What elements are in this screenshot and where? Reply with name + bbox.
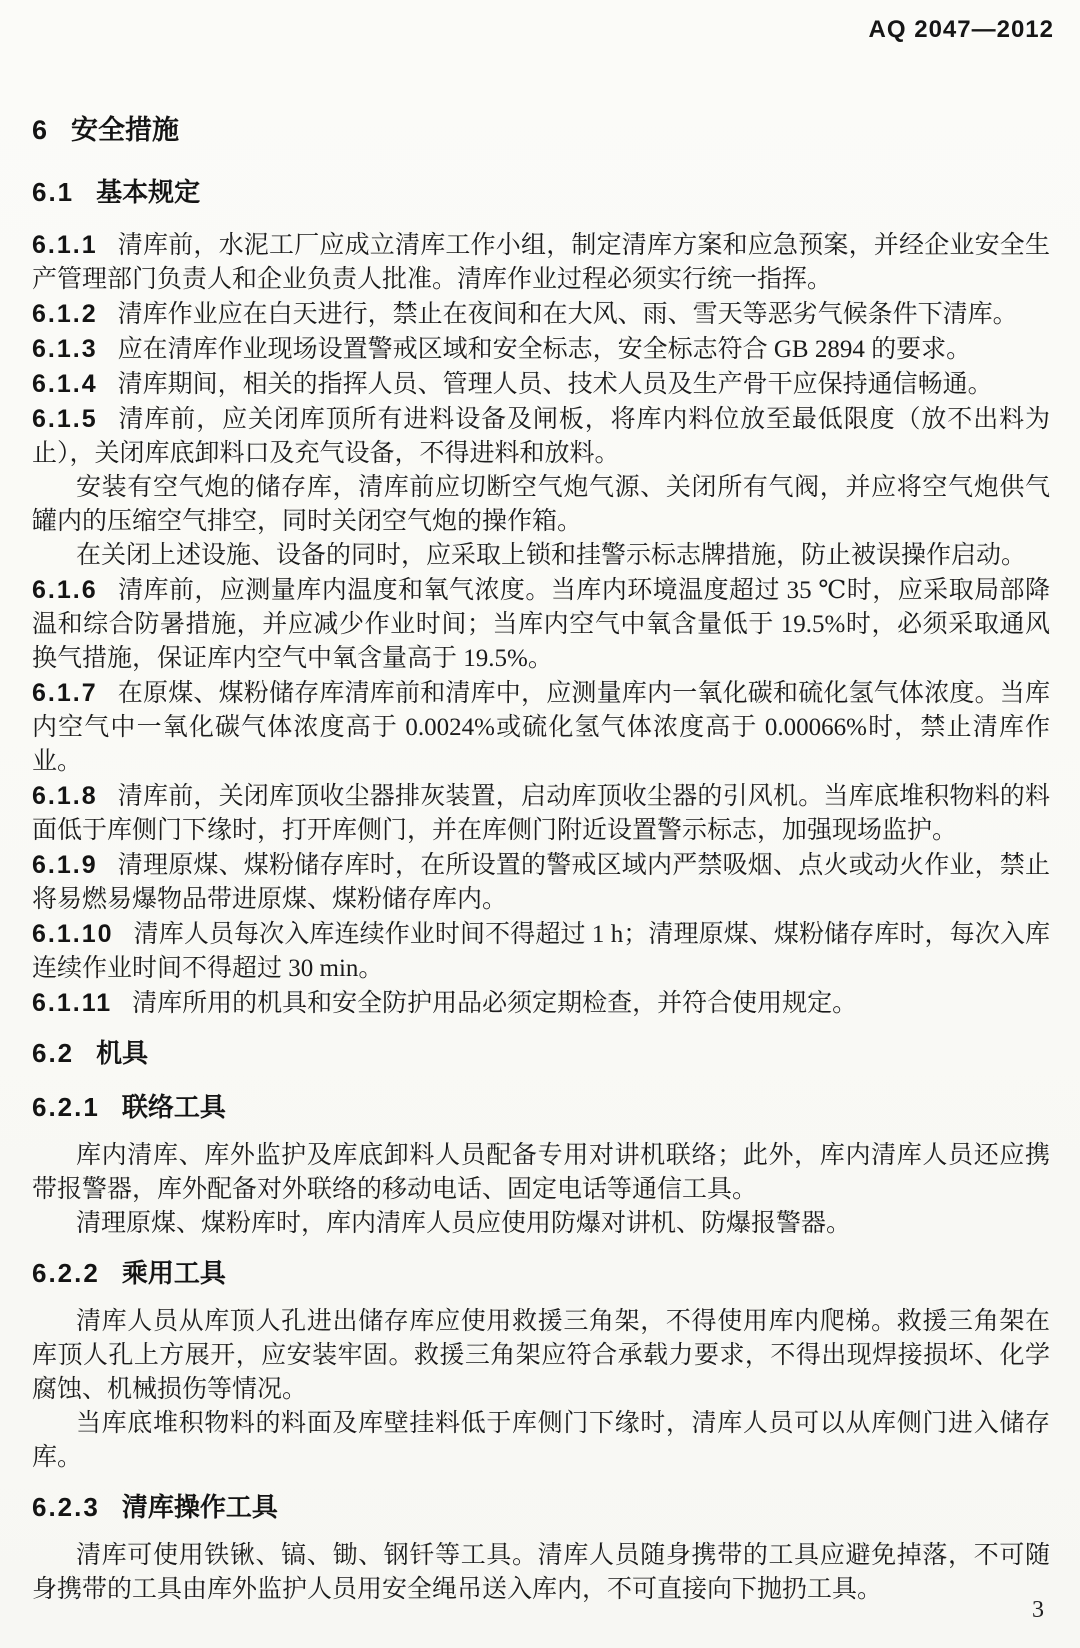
clause-text: 清库人员每次入库连续作业时间不得超过 1 h；清理原煤、煤粉储存库时，每次入库连…: [32, 921, 1050, 982]
clause-text: 清库前，应关闭库顶所有进料设备及闸板，将库内料位放至最低限度（放不出料为止），关…: [32, 406, 1050, 467]
clause-text: 清库前，水泥工厂应成立清库工作小组，制定清库方案和应急预案，并经企业安全生产管理…: [32, 232, 1050, 293]
paragraph-explosionproof-tools: 清理原煤、煤粉库时，库内清库人员应使用防爆对讲机、防爆报警器。: [32, 1207, 1050, 1241]
clause-6-1-8: 6.1.8清库前，关闭库顶收尘器排灰装置，启动库顶收尘器的引风机。当库底堆积物料…: [32, 779, 1050, 848]
subsection-heading-6-2: 6.2机具: [32, 1035, 1050, 1071]
clause-text: 在原煤、煤粉储存库清库前和清库中，应测量库内一氧化碳和硫化氢气体浓度。当库内空气…: [32, 680, 1050, 775]
section-title: 基本规定: [96, 177, 200, 207]
clause-6-1-2: 6.1.2清库作业应在白天进行，禁止在夜间和在大风、雨、雪天等恶劣气候条件下清库…: [32, 297, 1050, 332]
section-number: 6.2.3: [32, 1492, 100, 1522]
clause-text: 清库前，应测量库内温度和氧气浓度。当库内环境温度超过 35 ℃时，应采取局部降温…: [32, 577, 1050, 672]
clause-number: 6.1.4: [32, 370, 98, 398]
clause-number: 6.1.7: [32, 679, 98, 707]
clause-number: 6.1.1: [32, 231, 98, 259]
paragraph-intercom-tools: 库内清库、库外监护及库底卸料人员配备专用对讲机联络；此外，库内清库人员还应携带报…: [32, 1139, 1050, 1207]
standard-code-header: AQ 2047—2012: [869, 16, 1054, 44]
section-number: 6.2.1: [32, 1092, 100, 1122]
clause-number: 6.1.8: [32, 782, 98, 810]
clause-6-1-7: 6.1.7在原煤、煤粉储存库清库前和清库中，应测量库内一氧化碳和硫化氢气体浓度。…: [32, 676, 1050, 779]
document-body: 6安全措施 6.1基本规定 6.1.1清库前，水泥工厂应成立清库工作小组，制定清…: [32, 112, 1050, 1607]
scanned-standard-page: AQ 2047—2012 6安全措施 6.1基本规定 6.1.1清库前，水泥工厂…: [0, 0, 1080, 1648]
paragraph-air-cannon: 安装有空气炮的储存库，清库前应切断空气炮气源、关闭所有气阀，并应将空气炮供气罐内…: [32, 471, 1050, 539]
page-number: 3: [1032, 1597, 1044, 1624]
clause-number: 6.1.6: [32, 576, 98, 604]
clause-6-1-6: 6.1.6清库前，应测量库内温度和氧气浓度。当库内环境温度超过 35 ℃时，应采…: [32, 573, 1050, 676]
clause-6-1-10: 6.1.10清库人员每次入库连续作业时间不得超过 1 h；清理原煤、煤粉储存库时…: [32, 917, 1050, 986]
section-title: 机具: [96, 1038, 148, 1068]
clause-6-1-9: 6.1.9清理原煤、煤粉储存库时，在所设置的警戒区域内严禁吸烟、点火或动火作业，…: [32, 848, 1050, 917]
section-number: 6.1: [32, 177, 74, 207]
clause-text: 清库前，关闭库顶收尘器排灰装置，启动库顶收尘器的引风机。当库底堆积物料的料面低于…: [32, 783, 1050, 844]
section-number: 6.2.2: [32, 1258, 100, 1288]
paragraph-rescue-tripod: 清库人员从库顶人孔进出储存库应使用救援三角架，不得使用库内爬梯。救援三角架在库顶…: [32, 1305, 1050, 1407]
clause-number: 6.1.10: [32, 920, 114, 948]
clause-text: 清库作业应在白天进行，禁止在夜间和在大风、雨、雪天等恶劣气候条件下清库。: [118, 301, 1018, 328]
clause-text: 清理原煤、煤粉储存库时，在所设置的警戒区域内严禁吸烟、点火或动火作业，禁止将易燃…: [32, 852, 1050, 913]
clause-number: 6.1.2: [32, 300, 98, 328]
section-title: 乘用工具: [122, 1258, 226, 1288]
subsection-heading-6-2-1: 6.2.1联络工具: [32, 1089, 1050, 1125]
clause-number: 6.1.11: [32, 989, 112, 1017]
clause-text: 清库期间，相关的指挥人员、管理人员、技术人员及生产骨干应保持通信畅通。: [118, 371, 993, 398]
clause-6-1-5: 6.1.5清库前，应关闭库顶所有进料设备及闸板，将库内料位放至最低限度（放不出料…: [32, 402, 1050, 471]
section-number: 6.2: [32, 1038, 74, 1068]
section-number: 6: [32, 115, 49, 145]
clause-text: 清库所用的机具和安全防护用品必须定期检查，并符合使用规定。: [132, 990, 857, 1017]
clause-number: 6.1.9: [32, 851, 98, 879]
paragraph-hand-tools: 清库可使用铁锹、镐、锄、钢钎等工具。清库人员随身携带的工具应避免掉落，不可随身携…: [32, 1539, 1050, 1607]
section-heading-6: 6安全措施: [32, 112, 1050, 148]
clause-6-1-3: 6.1.3应在清库作业现场设置警戒区域和安全标志，安全标志符合 GB 2894 …: [32, 332, 1050, 367]
subsection-heading-6-1: 6.1基本规定: [32, 174, 1050, 210]
clause-number: 6.1.3: [32, 335, 98, 363]
clause-number: 6.1.5: [32, 405, 98, 433]
paragraph-side-door-entry: 当库底堆积物料的料面及库壁挂料低于库侧门下缘时，清库人员可以从库侧门进入储存库。: [32, 1407, 1050, 1475]
clause-6-1-11: 6.1.11清库所用的机具和安全防护用品必须定期检查，并符合使用规定。: [32, 986, 1050, 1021]
subsection-heading-6-2-3: 6.2.3清库操作工具: [32, 1489, 1050, 1525]
clause-text: 应在清库作业现场设置警戒区域和安全标志，安全标志符合 GB 2894 的要求。: [118, 336, 971, 363]
section-title: 安全措施: [71, 115, 179, 145]
clause-6-1-1: 6.1.1清库前，水泥工厂应成立清库工作小组，制定清库方案和应急预案，并经企业安…: [32, 228, 1050, 297]
section-title: 清库操作工具: [122, 1492, 278, 1522]
clause-6-1-4: 6.1.4清库期间，相关的指挥人员、管理人员、技术人员及生产骨干应保持通信畅通。: [32, 367, 1050, 402]
subsection-heading-6-2-2: 6.2.2乘用工具: [32, 1255, 1050, 1291]
section-title: 联络工具: [122, 1092, 226, 1122]
paragraph-lockout-warning: 在关闭上述设施、设备的同时，应采取上锁和挂警示标志牌措施，防止被误操作启动。: [32, 539, 1050, 573]
